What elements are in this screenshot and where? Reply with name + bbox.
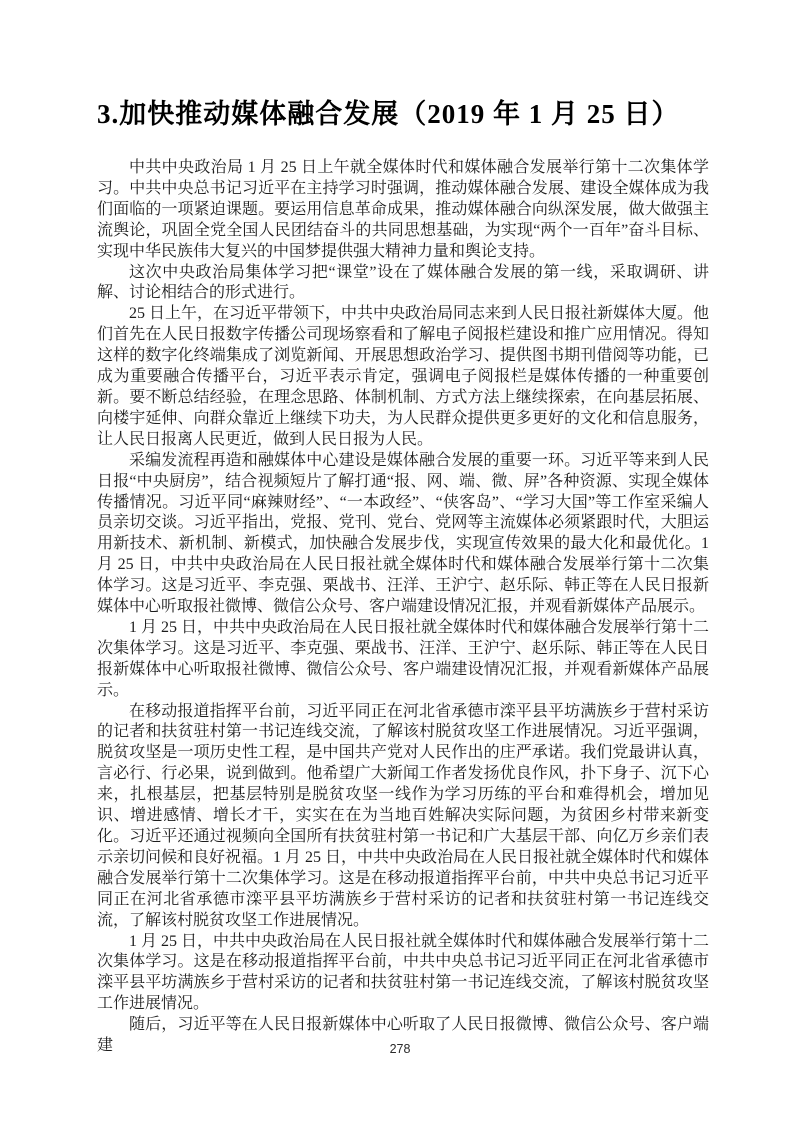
document-content: 3.加快推动媒体融合发展（2019 年 1 月 25 日） 中共中央政治局 1 … [97, 96, 709, 1057]
paragraph: 25 日上午，在习近平带领下，中共中央政治局同志来到人民日报社新媒体大厦。他们首… [97, 304, 709, 450]
document-title: 3.加快推动媒体融合发展（2019 年 1 月 25 日） [97, 96, 709, 132]
document-page: 3.加快推动媒体融合发展（2019 年 1 月 25 日） 中共中央政治局 1 … [0, 0, 800, 1133]
paragraph: 中共中央政治局 1 月 25 日上午就全媒体时代和媒体融合发展举行第十二次集体学… [97, 158, 709, 263]
paragraph: 采编发流程再造和融媒体中心建设是媒体融合发展的重要一环。习近平等来到人民日报“中… [97, 451, 709, 618]
paragraph: 1 月 25 日，中共中央政治局在人民日报社就全媒体时代和媒体融合发展举行第十二… [97, 618, 709, 702]
paragraph: 1 月 25 日，中共中央政治局在人民日报社就全媒体时代和媒体融合发展举行第十二… [97, 932, 709, 1016]
page-number: 278 [0, 1042, 800, 1056]
document-body: 中共中央政治局 1 月 25 日上午就全媒体时代和媒体融合发展举行第十二次集体学… [97, 158, 709, 1057]
paragraph: 这次中央政治局集体学习把“课堂”设在了媒体融合发展的第一线，采取调研、讲解、讨论… [97, 263, 709, 305]
paragraph: 在移动报道指挥平台前，习近平同正在河北省承德市滦平县平坊满族乡于营村采访的记者和… [97, 702, 709, 932]
